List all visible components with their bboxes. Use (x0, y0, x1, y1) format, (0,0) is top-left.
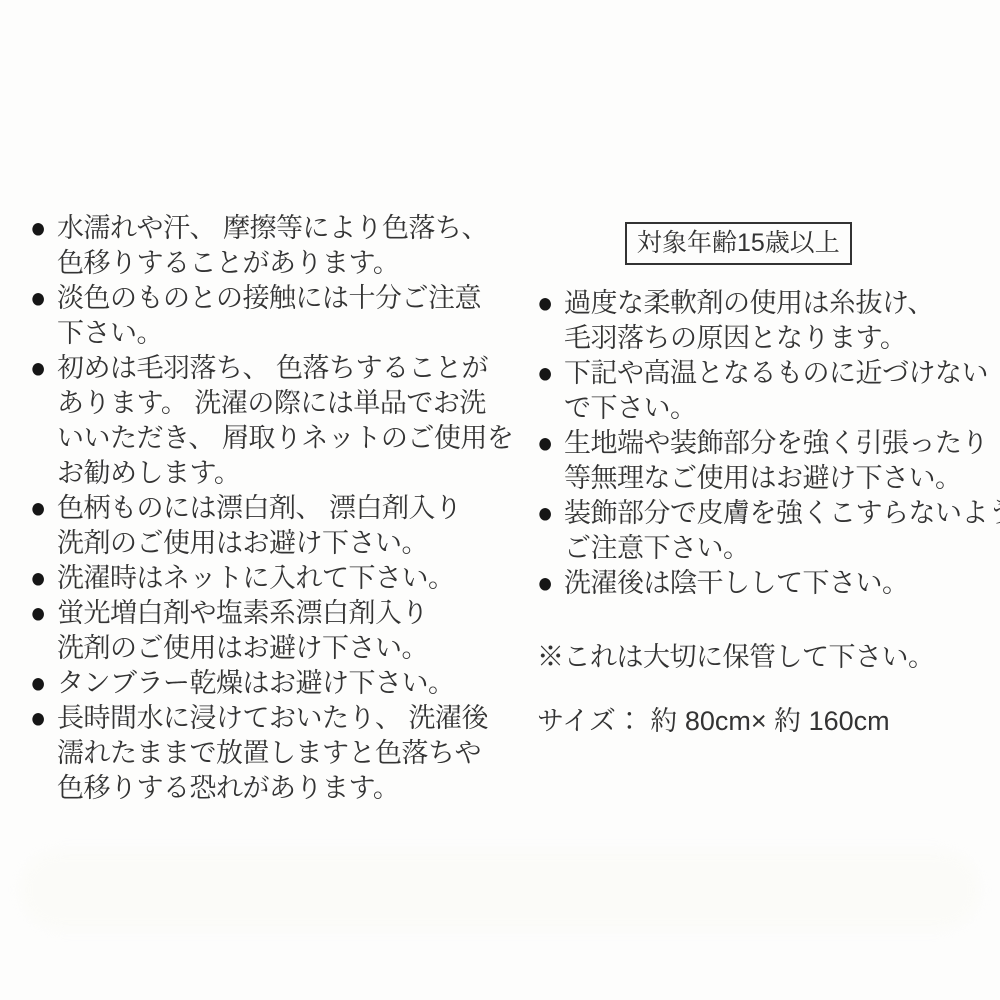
instruction-line: 過度な柔軟剤の使用は糸抜け、 (564, 286, 992, 321)
bullet-icon: ● (30, 665, 57, 703)
instruction-text: 過度な柔軟剤の使用は糸抜け、 毛羽落ちの原因となります。 (564, 286, 992, 356)
instruction-text: タンブラー乾燥はお避け下さい。 (57, 666, 500, 701)
instruction-text: 色柄ものには漂白剤、 漂白剤入り 洗剤のご使用はお避け下さい。 (57, 491, 500, 561)
care-instruction-item: ● 蛍光増白剤や塩素系漂白剤入り 洗剤のご使用はお避け下さい。 (30, 596, 500, 666)
care-instruction-item: ● 装飾部分で皮膚を強くこすらないよう ご注意下さい。 (537, 496, 992, 566)
instruction-line: お勧めします。 (57, 456, 513, 491)
scan-bleed-artifact (20, 850, 980, 930)
care-label-document: ● 水濡れや汗、 摩擦等により色落ち、 色移りすることがあります。 ● 淡色のも… (0, 0, 1000, 1000)
age-restriction-box: 対象年齢15歳以上 (625, 222, 852, 265)
bullet-icon: ● (537, 565, 564, 603)
bullet-icon: ● (30, 280, 57, 318)
instruction-text: 装飾部分で皮膚を強くこすらないよう ご注意下さい。 (564, 496, 1000, 566)
instruction-line: 下記や高温となるものに近づけない (564, 356, 992, 391)
instruction-line: 装飾部分で皮膚を強くこすらないよう (564, 496, 1000, 531)
care-instructions-left-column: ● 水濡れや汗、 摩擦等により色落ち、 色移りすることがあります。 ● 淡色のも… (30, 211, 500, 806)
care-instructions-right-column: 対象年齢15歳以上 ● 過度な柔軟剤の使用は糸抜け、 毛羽落ちの原因となります。… (537, 222, 992, 739)
care-instruction-item: ● 生地端や装飾部分を強く引張ったり 等無理なご使用はお避け下さい。 (537, 426, 992, 496)
bullet-icon: ● (30, 210, 57, 248)
instruction-line: 色柄ものには漂白剤、 漂白剤入り (57, 491, 500, 526)
instruction-text: 生地端や装飾部分を強く引張ったり 等無理なご使用はお避け下さい。 (564, 426, 992, 496)
instruction-line: いいただき、 屑取りネットのご使用を (57, 421, 513, 456)
instruction-line: 長時間水に浸けておいたり、 洗濯後 (57, 701, 500, 736)
instruction-text: 下記や高温となるものに近づけない で下さい。 (564, 356, 992, 426)
instruction-line: タンブラー乾燥はお避け下さい。 (57, 666, 500, 701)
instruction-line: 蛍光増白剤や塩素系漂白剤入り (57, 596, 500, 631)
size-info: サイズ： 約 80cm× 約 160cm (537, 704, 992, 739)
care-instruction-item: ● 色柄ものには漂白剤、 漂白剤入り 洗剤のご使用はお避け下さい。 (30, 491, 500, 561)
instruction-text: 水濡れや汗、 摩擦等により色落ち、 色移りすることがあります。 (57, 211, 500, 281)
instruction-line: あります。 洗濯の際には単品でお洗 (57, 386, 513, 421)
instruction-line: 毛羽落ちの原因となります。 (564, 321, 992, 356)
instruction-text: 洗濯時はネットに入れて下さい。 (57, 561, 500, 596)
instruction-text: 初めは毛羽落ち、 色落ちすることが あります。 洗濯の際には単品でお洗 いいただ… (57, 351, 513, 491)
instruction-line: 等無理なご使用はお避け下さい。 (564, 461, 992, 496)
instruction-line: 淡色のものとの接触には十分ご注意 (57, 281, 500, 316)
bullet-icon: ● (537, 285, 564, 323)
instruction-line: で下さい。 (564, 391, 992, 426)
instruction-line: 濡れたままで放置しますと色落ちや (57, 736, 500, 771)
instruction-line: 色移りすることがあります。 (57, 246, 500, 281)
care-instruction-item: ● 下記や高温となるものに近づけない で下さい。 (537, 356, 992, 426)
instruction-text: 淡色のものとの接触には十分ご注意 下さい。 (57, 281, 500, 351)
instruction-line: 洗濯後は陰干しして下さい。 (564, 566, 992, 601)
instruction-text: 洗濯後は陰干しして下さい。 (564, 566, 992, 601)
instruction-line: 初めは毛羽落ち、 色落ちすることが (57, 351, 513, 386)
instruction-text: 蛍光増白剤や塩素系漂白剤入り 洗剤のご使用はお避け下さい。 (57, 596, 500, 666)
bullet-icon: ● (537, 355, 564, 393)
care-instruction-item: ● 洗濯時はネットに入れて下さい。 (30, 561, 500, 596)
instruction-line: 洗剤のご使用はお避け下さい。 (57, 526, 500, 561)
care-instruction-item: ● 初めは毛羽落ち、 色落ちすることが あります。 洗濯の際には単品でお洗 いい… (30, 351, 500, 491)
care-instruction-item: ● 長時間水に浸けておいたり、 洗濯後 濡れたままで放置しますと色落ちや 色移り… (30, 701, 500, 806)
instruction-line: 水濡れや汗、 摩擦等により色落ち、 (57, 211, 500, 246)
care-instruction-item: ● 洗濯後は陰干しして下さい。 (537, 566, 992, 601)
care-instruction-item: ● 水濡れや汗、 摩擦等により色落ち、 色移りすることがあります。 (30, 211, 500, 281)
bullet-icon: ● (30, 350, 57, 388)
instruction-line: ご注意下さい。 (564, 531, 1000, 566)
instruction-text: 長時間水に浸けておいたり、 洗濯後 濡れたままで放置しますと色落ちや 色移りする… (57, 701, 500, 806)
instruction-line: 下さい。 (57, 316, 500, 351)
instruction-line: 洗剤のご使用はお避け下さい。 (57, 631, 500, 666)
instruction-line: 色移りする恐れがあります。 (57, 771, 500, 806)
care-instruction-item: ● タンブラー乾燥はお避け下さい。 (30, 666, 500, 701)
bullet-icon: ● (30, 560, 57, 598)
bullet-icon: ● (30, 490, 57, 528)
bullet-icon: ● (537, 495, 564, 533)
bullet-icon: ● (537, 425, 564, 463)
age-restriction-text: 対象年齢15歳以上 (637, 229, 840, 257)
instruction-line: 生地端や装飾部分を強く引張ったり (564, 426, 992, 461)
bullet-icon: ● (30, 595, 57, 633)
care-instruction-item: ● 過度な柔軟剤の使用は糸抜け、 毛羽落ちの原因となります。 (537, 286, 992, 356)
instruction-line: 洗濯時はネットに入れて下さい。 (57, 561, 500, 596)
bullet-icon: ● (30, 700, 57, 738)
care-instruction-item: ● 淡色のものとの接触には十分ご注意 下さい。 (30, 281, 500, 351)
storage-note: ※これは大切に保管して下さい。 (537, 640, 992, 675)
